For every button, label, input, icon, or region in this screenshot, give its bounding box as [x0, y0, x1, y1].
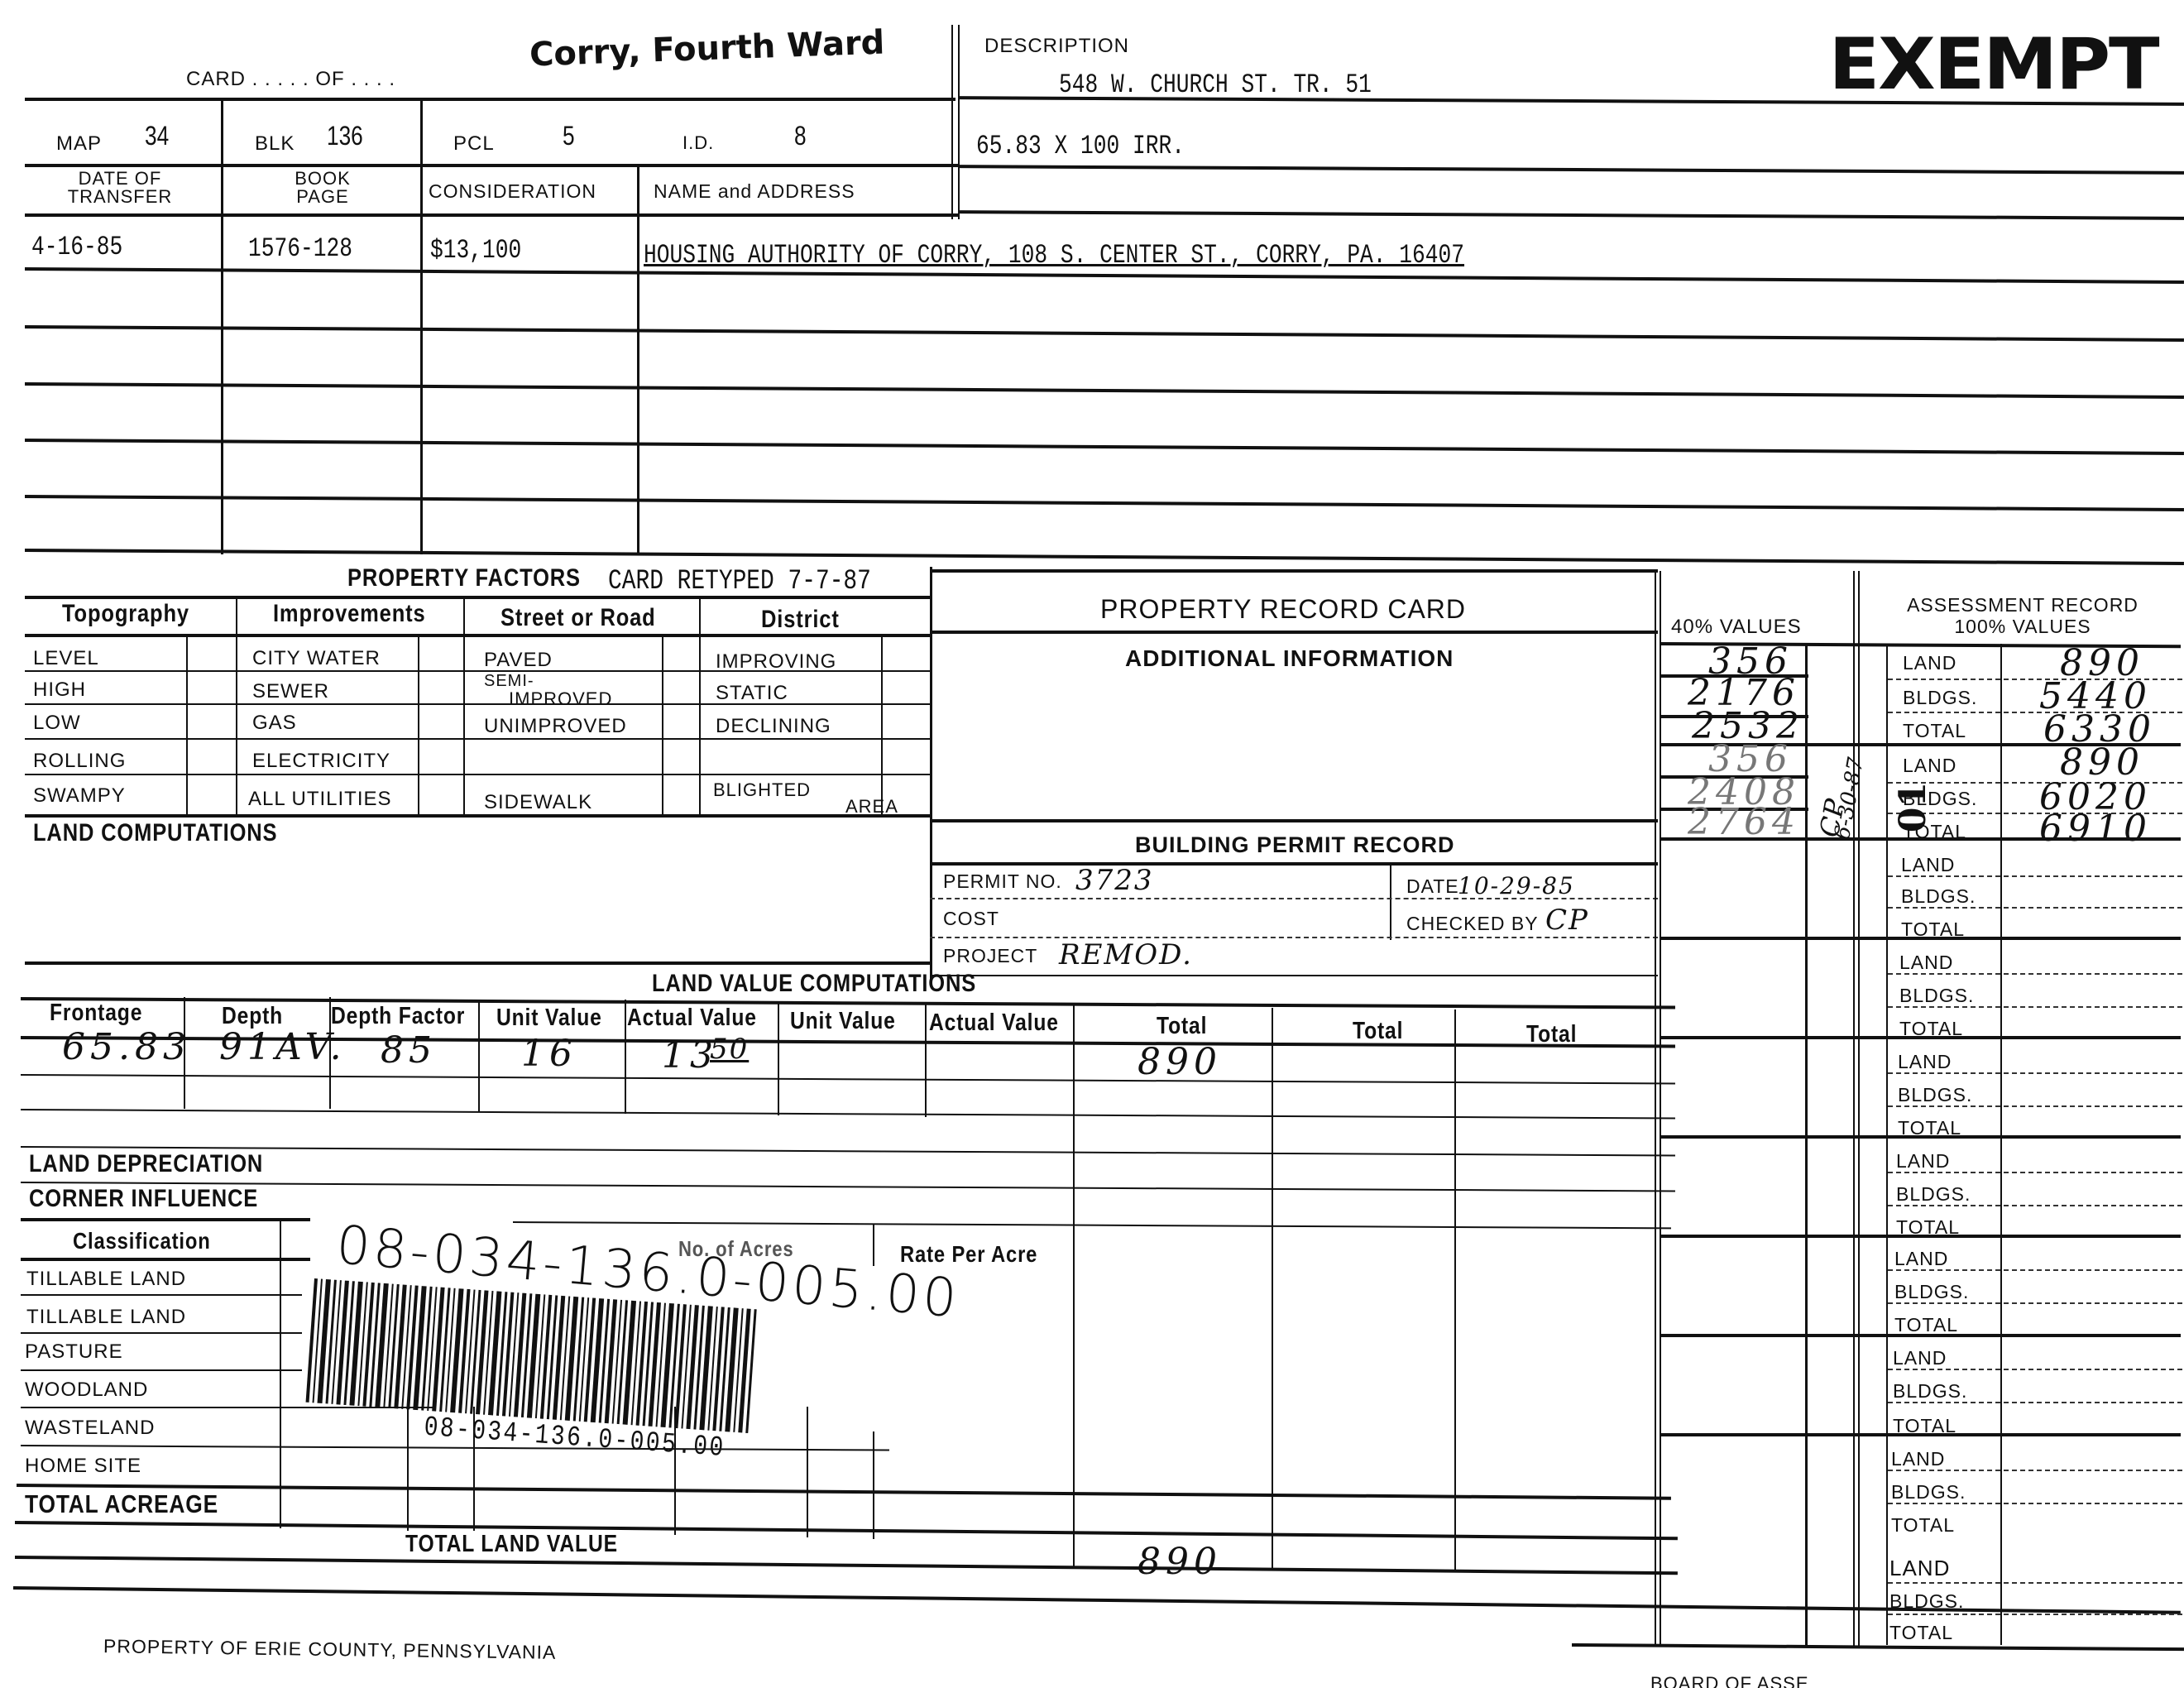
- divider: [25, 98, 955, 101]
- divider: [951, 25, 953, 219]
- street-improved: IMPROVED: [509, 688, 612, 710]
- assess-label-land: LAND: [1896, 1150, 1950, 1172]
- divider: [1888, 1205, 2182, 1206]
- divider: [513, 1221, 1671, 1229]
- property-factors-title: PROPERTY FACTORS: [347, 564, 581, 592]
- header-total-2: Total: [1353, 1018, 1403, 1045]
- divider: [1888, 1402, 2182, 1403]
- frontage-value: 65.83: [62, 1026, 191, 1068]
- assess-label-bldgs: BLDGS.: [1894, 1281, 1969, 1303]
- divider: [21, 1182, 1675, 1192]
- topo-high: HIGH: [33, 679, 86, 702]
- pcl-value: 5: [563, 121, 575, 151]
- divider: [25, 670, 931, 672]
- divider: [1888, 1269, 2182, 1271]
- map-value: 34: [145, 121, 169, 151]
- divider: [1853, 571, 1855, 1647]
- assess-label-bldgs: BLDGS.: [1896, 1183, 1971, 1206]
- divider: [25, 213, 960, 217]
- assessment-header-line1: ASSESSMENT RECORD: [1861, 594, 2184, 616]
- col-header-name: NAME and ADDRESS: [654, 180, 855, 203]
- assess-label-total: TOTAL: [1891, 1514, 1955, 1537]
- header-actual-value-2: Actual Value: [929, 1009, 1059, 1037]
- assess-label-bldgs: BLDGS.: [1893, 1380, 1967, 1403]
- divider: [21, 1074, 1675, 1084]
- col-header-consideration: CONSIDERATION: [429, 180, 596, 203]
- pcl-label: PCL: [453, 132, 495, 156]
- header-depth-factor: Depth Factor: [331, 1003, 465, 1030]
- col-header-date-line2: TRANSFER: [33, 188, 207, 206]
- total-value: 890: [1137, 1041, 1222, 1083]
- header-improvements: Improvements: [273, 600, 426, 628]
- divider: [881, 634, 883, 816]
- blk-value: 136: [327, 121, 363, 151]
- impr-gas: GAS: [252, 712, 297, 735]
- topo-rolling: ROLLING: [33, 750, 126, 773]
- assess-label-bldgs: BLDGS.: [1901, 885, 1976, 908]
- divider: [662, 634, 663, 816]
- class-wasteland: WASTELAND: [25, 1417, 155, 1440]
- assessment-header: ASSESSMENT RECORD 100% VALUES: [1861, 594, 2184, 637]
- land-computations-title: LAND COMPUTATIONS: [33, 819, 277, 847]
- divider: [930, 975, 1658, 976]
- impr-electricity: ELECTRICITY: [252, 750, 390, 773]
- divider: [25, 703, 931, 705]
- project-value: REMOD.: [1059, 938, 1193, 971]
- classification-header: Classification: [73, 1228, 211, 1254]
- divider: [1888, 1006, 2182, 1008]
- divider: [25, 382, 2184, 399]
- divider: [1888, 1105, 2182, 1107]
- corner-influence-label: CORNER INFLUENCE: [29, 1185, 258, 1213]
- id-label: I.D.: [682, 132, 714, 154]
- id-value: 8: [794, 121, 807, 151]
- assess-label-land: LAND: [1903, 652, 1956, 674]
- assess-label-land: LAND: [1898, 1051, 1952, 1073]
- divider: [1888, 1302, 2182, 1304]
- divider: [2000, 644, 2002, 1645]
- divider: [1888, 1582, 2182, 1584]
- assess-label-total: TOTAL: [1903, 720, 1966, 742]
- divider: [1888, 1072, 2182, 1074]
- assess-label-total: TOTAL: [1894, 1314, 1958, 1336]
- divider: [1390, 864, 1391, 940]
- additional-information-title: ADDITIONAL INFORMATION: [1125, 645, 1454, 672]
- divider: [625, 1000, 626, 1114]
- divider: [25, 814, 931, 818]
- assess-label-bldgs: BLDGS.: [1891, 1481, 1966, 1503]
- transfer-book-page: 1576-128: [248, 233, 352, 264]
- topo-swampy: SWAMPY: [33, 784, 126, 808]
- assess-label-land: LAND: [1901, 854, 1955, 876]
- col-header-date-line1: DATE OF: [33, 170, 207, 188]
- divider: [1805, 644, 1808, 1645]
- assess-label-land: LAND: [1899, 952, 1953, 974]
- divider: [778, 1001, 779, 1115]
- col-header-book-line2: PAGE: [227, 188, 418, 206]
- county-ownership-note: PROPERTY OF ERIE COUNTY, PENNSYLVANIA: [103, 1635, 557, 1664]
- impr-all-utilities: ALL UTILITIES: [248, 788, 392, 811]
- total-acreage-label: TOTAL ACREAGE: [25, 1489, 218, 1519]
- divider: [1660, 571, 1661, 1647]
- actual-value-cents: 50: [710, 1033, 749, 1066]
- divider: [25, 961, 931, 965]
- col-header-book-line1: BOOK: [227, 170, 418, 188]
- depth-value: 91AV.: [219, 1026, 347, 1068]
- divider: [1572, 1643, 2184, 1651]
- divider: [930, 819, 1658, 822]
- header-actual-value: Actual Value: [627, 1005, 757, 1032]
- class-woodland: WOODLAND: [25, 1379, 148, 1402]
- divider: [873, 1225, 874, 1266]
- impr-sewer: SEWER: [252, 680, 329, 703]
- divider: [25, 634, 931, 637]
- header-street-or-road: Street or Road: [500, 604, 656, 632]
- divider: [21, 1258, 310, 1261]
- divider: [21, 1146, 1675, 1156]
- divider: [637, 165, 639, 554]
- description-address: 548 W. CHURCH ST. TR. 51: [1059, 70, 1372, 100]
- divider: [25, 549, 2184, 565]
- district-declining: DECLINING: [716, 715, 831, 738]
- divider: [960, 210, 2184, 220]
- header-district: District: [761, 606, 840, 634]
- header-topography: Topography: [62, 600, 189, 628]
- divider: [21, 1369, 302, 1371]
- permit-no-value: 3723: [1075, 864, 1154, 897]
- divider: [1888, 1470, 2182, 1471]
- exempt-stamp: EXEMPT: [1829, 23, 2158, 106]
- divider: [21, 1332, 302, 1334]
- checked-by-value: CP: [1545, 904, 1589, 937]
- district-blighted: BLIGHTED: [713, 779, 811, 801]
- checked-by-label: CHECKED BY: [1406, 913, 1539, 935]
- divider: [1858, 571, 1860, 1647]
- divider: [15, 1521, 1678, 1540]
- divider: [186, 634, 188, 816]
- district-static: STATIC: [716, 682, 788, 705]
- record-card-title: PROPERTY RECORD CARD: [1100, 594, 1466, 625]
- assess-label-land: LAND: [1893, 1347, 1947, 1369]
- divider: [1660, 1135, 2181, 1139]
- map-label: MAP: [56, 132, 102, 156]
- divider: [1660, 937, 2181, 940]
- street-sidewalk: SIDEWALK: [484, 791, 592, 814]
- class-tillable-1: TILLABLE LAND: [26, 1268, 186, 1291]
- assessment-header-line2: 100% VALUES: [1861, 616, 2184, 637]
- card-of-label: CARD . . . . . OF . . . .: [186, 68, 395, 91]
- divider: [1272, 1008, 1273, 1571]
- total-land-value: 890: [1137, 1541, 1222, 1583]
- ward-title: Corry, Fourth Ward: [529, 24, 885, 74]
- header-total-1: Total: [1157, 1013, 1207, 1040]
- divider: [25, 596, 931, 599]
- forty-percent-header: 40% VALUES: [1671, 616, 1802, 639]
- assess-label-bldgs: BLDGS.: [1898, 1084, 1972, 1106]
- assess-stamp: 01: [1892, 782, 1934, 832]
- divider: [1888, 1172, 2182, 1173]
- divider: [25, 164, 960, 167]
- divider: [25, 439, 2184, 455]
- divider: [1660, 1235, 2181, 1238]
- header-frontage: Frontage: [50, 1000, 142, 1027]
- divider: [1660, 1036, 2181, 1039]
- divider: [958, 165, 2184, 175]
- divider: [930, 862, 1658, 866]
- divider: [13, 1586, 2181, 1614]
- divider: [1888, 1503, 2182, 1504]
- divider: [17, 1484, 1671, 1500]
- divider: [1888, 1369, 2182, 1370]
- assess-label-bldgs: BLDGS.: [1903, 687, 1977, 709]
- header-unit-value: Unit Value: [496, 1005, 602, 1032]
- divider: [1073, 1005, 1075, 1568]
- divider: [25, 325, 2184, 342]
- land-depreciation-label: LAND DEPRECIATION: [29, 1150, 263, 1178]
- permit-date-value: 10-29-85: [1458, 872, 1575, 899]
- divider: [478, 1000, 480, 1111]
- assess-label-land: LAND: [1903, 755, 1956, 777]
- divider: [930, 567, 932, 981]
- col-header-book: BOOK PAGE: [227, 170, 418, 206]
- divider: [958, 25, 960, 219]
- project-label: PROJECT: [943, 945, 1037, 967]
- divider: [21, 1109, 1675, 1119]
- divider: [15, 1556, 1678, 1575]
- divider: [1660, 1334, 2181, 1337]
- divider: [21, 1294, 302, 1296]
- impr-city-water: CITY WATER: [252, 647, 381, 670]
- class-tillable-2: TILLABLE LAND: [26, 1306, 186, 1329]
- card-retyped-note: CARD RETYPED 7-7-87: [608, 566, 871, 597]
- permit-no-label: PERMIT NO.: [943, 870, 1062, 893]
- divider: [1888, 973, 2182, 975]
- assess-label-land: LAND: [1889, 1556, 1950, 1581]
- topo-level: LEVEL: [33, 647, 99, 670]
- street-unimproved: UNIMPROVED: [484, 715, 627, 738]
- street-paved: PAVED: [484, 649, 553, 672]
- divider: [21, 1218, 310, 1221]
- class-pasture: PASTURE: [25, 1340, 123, 1364]
- divider: [930, 569, 1658, 573]
- divider: [930, 898, 1658, 899]
- cost-label: COST: [943, 908, 999, 930]
- building-permit-title: BUILDING PERMIT RECORD: [1135, 832, 1455, 858]
- description-label: DESCRIPTION: [984, 35, 1129, 58]
- divider: [1888, 907, 2182, 909]
- assess-label-land: LAND: [1891, 1448, 1945, 1470]
- divider: [25, 774, 931, 775]
- divider: [463, 596, 465, 815]
- divider: [930, 937, 1658, 938]
- blk-label: BLK: [255, 132, 295, 156]
- transfer-date: 4-16-85: [31, 232, 122, 262]
- unit-value: 16: [521, 1033, 577, 1075]
- description-dimensions: 65.83 X 100 IRR.: [976, 131, 1185, 161]
- col-header-date: DATE OF TRANSFER: [33, 170, 207, 206]
- class-home-site: HOME SITE: [25, 1455, 141, 1478]
- depth-factor-value: 85: [381, 1029, 437, 1072]
- divider: [236, 596, 237, 815]
- assess-total-2: 6910: [2039, 808, 2152, 850]
- topo-low: LOW: [33, 712, 81, 735]
- assess-label-total: TOTAL: [1889, 1622, 1953, 1644]
- divider: [699, 596, 701, 815]
- assess-label-land: LAND: [1894, 1248, 1948, 1270]
- divider: [1660, 1433, 2181, 1436]
- assess-label-bldgs: BLDGS.: [1899, 985, 1974, 1007]
- divider: [25, 495, 2184, 511]
- assess-label-bldgs: BLDGS.: [1889, 1590, 1964, 1613]
- divider: [1888, 1614, 2182, 1615]
- divider: [925, 1003, 927, 1117]
- land-value-computations-title: LAND VALUE COMPUTATIONS: [652, 970, 976, 998]
- header-unit-value-2: Unit Value: [790, 1008, 896, 1035]
- divider: [280, 1218, 281, 1528]
- divider: [418, 634, 419, 816]
- divider: [930, 631, 1658, 634]
- divider: [1454, 1009, 1456, 1572]
- total-land-value-label: TOTAL LAND VALUE: [405, 1531, 618, 1558]
- divider: [1655, 571, 1656, 1647]
- board-of-assessment-note: BOARD OF ASSE: [1650, 1673, 1809, 1688]
- divider: [1888, 875, 2182, 877]
- divider: [25, 738, 931, 740]
- transfer-consideration: $13,100: [430, 235, 521, 266]
- rate-per-acre-header: Rate Per Acre: [900, 1241, 1037, 1268]
- divider: [1886, 644, 1888, 1645]
- permit-date-label: DATE: [1406, 875, 1459, 898]
- transfer-name-address: HOUSING AUTHORITY OF CORRY, 108 S. CENTE…: [644, 240, 1464, 271]
